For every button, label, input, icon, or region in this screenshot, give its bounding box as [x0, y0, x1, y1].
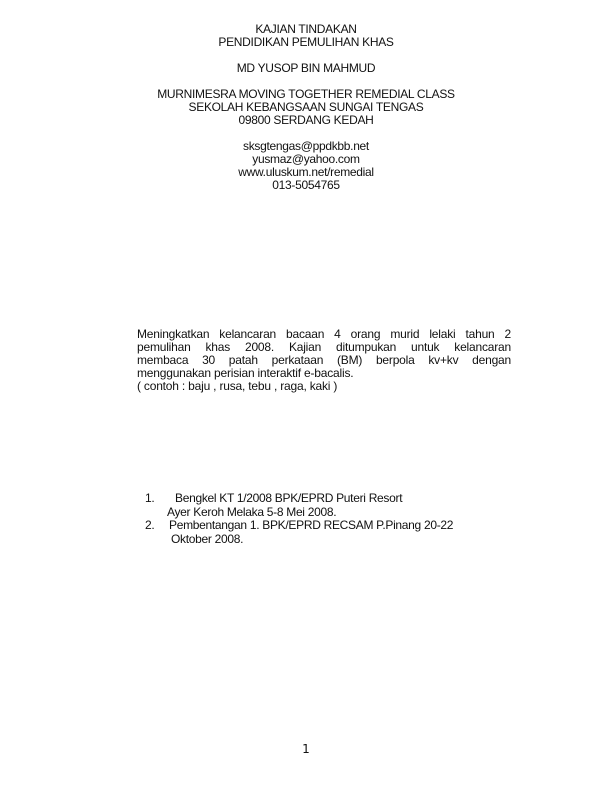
reference-item-2-continued: Oktober 2008.	[145, 533, 453, 547]
reference-item-1-continued: Ayer Keroh Melaka 5-8 Mei 2008.	[145, 506, 453, 520]
reference-item-2: 2.Pembentangan 1. BPK/EPRD RECSAM P.Pina…	[145, 519, 453, 533]
author-name: MD YUSOP BIN MAHMUD	[0, 62, 612, 75]
abstract-example: ( contoh : baju , rusa, tebu , raga, kak…	[137, 380, 511, 393]
contact-phone: 013-5054765	[0, 179, 612, 192]
reference-text: Bengkel KT 1/2008 BPK/EPRD Puteri Resort	[169, 491, 402, 505]
reference-item-1: 1.Bengkel KT 1/2008 BPK/EPRD Puteri Reso…	[145, 492, 453, 506]
page-number: 1	[0, 742, 612, 756]
title-line-2: PENDIDIKAN PEMULIHAN KHAS	[0, 36, 612, 49]
reference-number: 1.	[145, 492, 169, 506]
document-page: KAJIAN TINDAKAN PENDIDIKAN PEMULIHAN KHA…	[0, 0, 612, 792]
title-block: KAJIAN TINDAKAN PENDIDIKAN PEMULIHAN KHA…	[0, 23, 612, 192]
affiliation-line-3: 09800 SERDANG KEDAH	[0, 114, 612, 127]
reference-number: 2.	[145, 519, 169, 533]
reference-text: Pembentangan 1. BPK/EPRD RECSAM P.Pinang…	[169, 518, 453, 532]
abstract-paragraph: Meningkatkan kelancaran bacaan 4 orang m…	[137, 328, 511, 393]
reference-list: 1.Bengkel KT 1/2008 BPK/EPRD Puteri Reso…	[145, 492, 453, 546]
